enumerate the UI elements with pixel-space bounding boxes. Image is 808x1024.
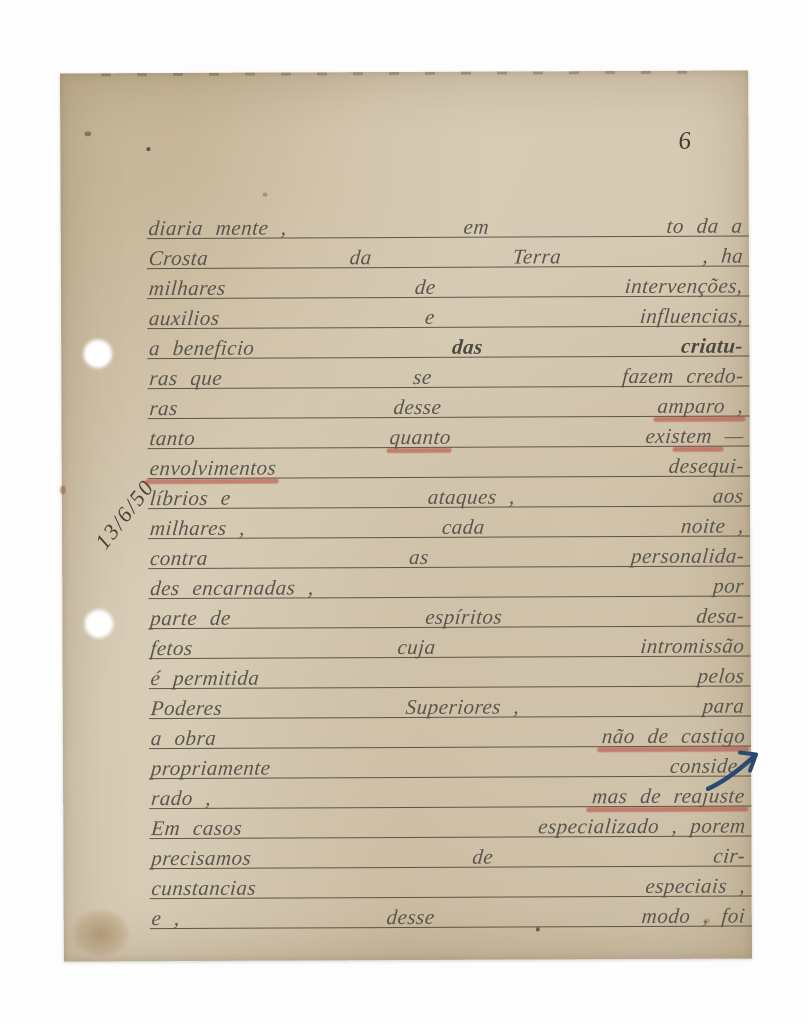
manuscript-line: milharesdeintervenções, [147, 267, 749, 300]
handwritten-word: das [452, 337, 484, 357]
manuscript-line: fetoscujaintromissão [148, 626, 750, 659]
manuscript-line: a beneficiodascriatu- [147, 327, 749, 360]
scanned-page-background: 6 13/6/50 diaria mente ,emto da aCrostad… [0, 0, 808, 1024]
handwritten-word: Em casos [151, 818, 244, 838]
manuscript-line: a obranão de castigo [149, 716, 751, 749]
handwritten-word: se [412, 367, 432, 387]
hole-punch-top [84, 340, 111, 367]
handwritten-word: e [424, 307, 435, 327]
handwritten-word: modo , foi [641, 906, 746, 926]
handwritten-word: especializado , porem [537, 816, 746, 837]
handwritten-word: desse [393, 397, 443, 417]
handwritten-word: Poderes [150, 698, 223, 718]
manuscript-line: cunstanciasespeciais , [150, 866, 752, 899]
page-number: 6 [677, 125, 719, 156]
handwritten-word: rado , [150, 788, 212, 808]
handwritten-word: é permitida [150, 668, 260, 688]
paper-stain [72, 909, 130, 957]
manuscript-line: des encarnadas ,por [148, 566, 750, 599]
handwritten-word: líbrios e [149, 488, 232, 508]
manuscript-line: CrostadaTerra, ha [147, 237, 749, 270]
manuscript-line: diaria mente ,emto da a [147, 207, 749, 240]
handwritten-word: personalida- [630, 546, 745, 567]
manuscript-line: milhares ,cadanoite , [148, 506, 750, 539]
handwritten-word: desequi- [668, 456, 745, 476]
handwritten-word: diaria mente , [148, 218, 288, 239]
handwritten-word: desse [386, 907, 436, 927]
handwritten-word: desa- [696, 606, 746, 626]
manuscript-line: precisamosdecir- [149, 836, 751, 869]
hole-punch-bottom [85, 610, 112, 637]
handwritten-word: especiais , [645, 876, 747, 896]
handwritten-word: ras que [149, 368, 224, 388]
handwritten-word: de [414, 277, 436, 297]
handwritten-word: por [713, 576, 745, 596]
handwritten-word: milhares [148, 278, 226, 298]
manuscript-line: PoderesSuperiores ,para [149, 686, 751, 719]
manuscript-line: parte deespíritosdesa- [148, 596, 750, 629]
handwritten-word: a obra [150, 728, 217, 748]
handwritten-word: milhares , [149, 518, 246, 538]
handwritten-word: e , [151, 908, 181, 928]
handwritten-word: em [463, 217, 490, 237]
handwritten-word: auxilios [148, 308, 220, 328]
manuscript-line: rasdesseamparo , [147, 387, 749, 420]
handwritten-word: cuja [397, 637, 437, 657]
manuscript-line: contraaspersonalida- [148, 536, 750, 569]
handwritten-word: ataques , [428, 487, 517, 507]
handwritten-word: espíritos [424, 607, 503, 627]
manuscript-line: e ,dessemodo , foi [150, 896, 752, 929]
handwritten-word-underlined: não de castigo [601, 726, 746, 747]
handwritten-word: tanto [149, 428, 196, 448]
handwritten-word: fetos [150, 638, 194, 658]
handwritten-word: as [409, 547, 430, 567]
handwritten-word-underlined: existem — [644, 426, 744, 446]
handwritten-word: cir- [713, 846, 747, 866]
handwritten-word: parte de [150, 608, 232, 628]
handwritten-word: a beneficio [148, 338, 255, 358]
paper-speck [263, 193, 268, 197]
handwritten-word: fazem credo- [621, 366, 744, 387]
ruled-writing-area: diaria mente ,emto da aCrostadaTerra, ha… [147, 207, 752, 930]
handwritten-word: Superiores , [405, 697, 520, 718]
handwritten-word: Terra [512, 246, 562, 266]
paper-speck [84, 131, 91, 136]
handwritten-word: da [349, 247, 373, 267]
handwritten-word-underlined: quanto [389, 427, 452, 447]
handwritten-word: des encarnadas , [149, 577, 314, 598]
handwritten-word: Crosta [148, 248, 209, 268]
handwritten-word: criatu- [681, 336, 745, 356]
handwritten-word: , ha [702, 246, 744, 266]
manuscript-line: rado ,mas de reajuste [149, 776, 751, 809]
handwritten-word: cunstancias [151, 878, 257, 898]
handwritten-word: intromissão [640, 636, 746, 656]
handwritten-word: propriamente [150, 758, 271, 779]
handwritten-word: aos [712, 486, 744, 506]
handwritten-word: de [471, 847, 493, 867]
manuscript-line: auxilioseinfluencias, [147, 297, 749, 330]
handwritten-word: contra [149, 548, 208, 568]
handwritten-word: cada [441, 517, 485, 537]
handwritten-word: intervenções, [624, 276, 744, 297]
handwritten-word: influencias, [639, 306, 744, 326]
handwritten-word: para [702, 696, 745, 716]
paper-speck [536, 927, 540, 931]
handwritten-word: precisamos [151, 848, 253, 868]
handwritten-word: to da a [666, 216, 744, 236]
handwritten-word: ras [149, 398, 179, 418]
manuscript-paper: 6 13/6/50 diaria mente ,emto da aCrostad… [60, 71, 752, 962]
manuscript-line: ras quesefazem credo- [147, 357, 749, 390]
handwritten-word-underlined: amparo , [657, 396, 745, 416]
manuscript-line: é permitidapelos [149, 656, 751, 689]
handwritten-word: pelos [697, 666, 745, 686]
handwritten-word: noite , [680, 516, 745, 536]
paper-speck [60, 485, 66, 494]
paper-speck [704, 919, 710, 924]
paper-speck [146, 147, 150, 151]
blue-arrow-icon [704, 744, 766, 794]
handwritten-word-underlined: envolvimentos [149, 458, 277, 479]
